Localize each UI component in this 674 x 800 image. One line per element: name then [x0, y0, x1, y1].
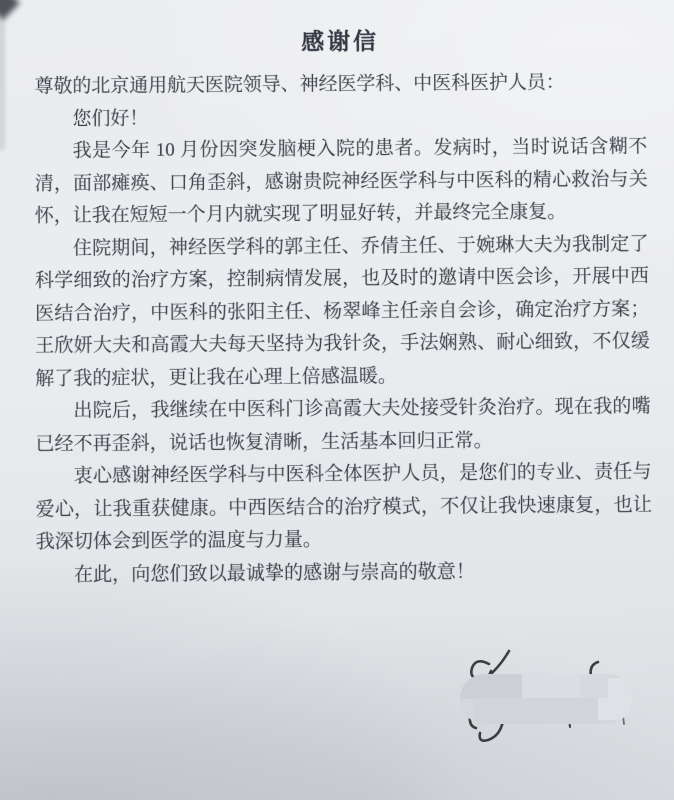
- paper-edge-shadow: [0, 0, 6, 150]
- paragraph-inpatient-care: 住院期间，神经医学科的郭主任、乔倩主任、于婉琳大夫为我制定了科学细致的治疗方案，…: [35, 228, 651, 395]
- signature-redaction-blob: [460, 674, 632, 724]
- signature-area: [450, 642, 665, 757]
- paragraph-onset-and-recovery: 我是今年 10 月份因突发脑梗入院的患者。发病时，当时说话含糊不清，面部瘫痪、口…: [35, 131, 649, 233]
- letter-photo: 感谢信 尊敬的北京通用航天医院领导、神经医学科、中医科医护人员： 您们好！ 我是…: [0, 0, 674, 800]
- paragraph-after-discharge: 出院后，我继续在中医科门诊高霞大夫处接受针灸治疗。现在我的嘴已经不再歪斜，说话也…: [35, 391, 651, 461]
- handwritten-signature: [450, 642, 665, 757]
- paragraph-heartfelt-thanks: 衷心感谢神经医学科与中医科全体医护人员，是您们的专业、责任与爱心，让我重获健康。…: [35, 456, 652, 559]
- paragraph-closing-respect: 在此，向您们致以最诚挚的感谢与崇高的敬意！: [36, 554, 653, 592]
- letter-title: 感谢信: [34, 25, 646, 60]
- greeting: 您们好！: [35, 99, 648, 136]
- thank-you-letter: 感谢信 尊敬的北京通用航天医院领导、神经医学科、中医科医护人员： 您们好！ 我是…: [34, 25, 653, 592]
- salutation: 尊敬的北京通用航天医院领导、神经医学科、中医科医护人员：: [34, 66, 646, 103]
